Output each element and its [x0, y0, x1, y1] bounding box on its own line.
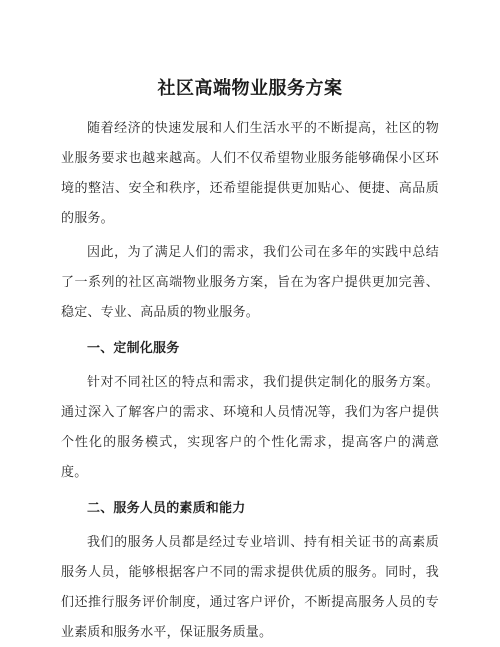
document-title: 社区高端物业服务方案	[61, 76, 439, 100]
paragraph-intro-2: 因此，为了满足人们的需求，我们公司在多年的实践中总结了一系列的社区高端物业服务方…	[61, 237, 439, 327]
paragraph-section-1: 针对不同社区的特点和需求，我们提供定制化的服务方案。通过深入了解客户的需求、环境…	[61, 367, 439, 487]
section-heading-staff-quality: 二、服务人员的素质和能力	[61, 493, 439, 523]
paragraph-section-2: 我们的服务人员都是经过专业培训、持有相关证书的高素质服务人员，能够根据客户不同的…	[61, 527, 439, 647]
section-heading-customized-service: 一、定制化服务	[61, 333, 439, 363]
document-page: 社区高端物业服务方案 随着经济的快速发展和人们生活水平的不断提高，社区的物业服务…	[0, 0, 500, 647]
paragraph-intro-1: 随着经济的快速发展和人们生活水平的不断提高，社区的物业服务要求也越来越高。人们不…	[61, 113, 439, 233]
